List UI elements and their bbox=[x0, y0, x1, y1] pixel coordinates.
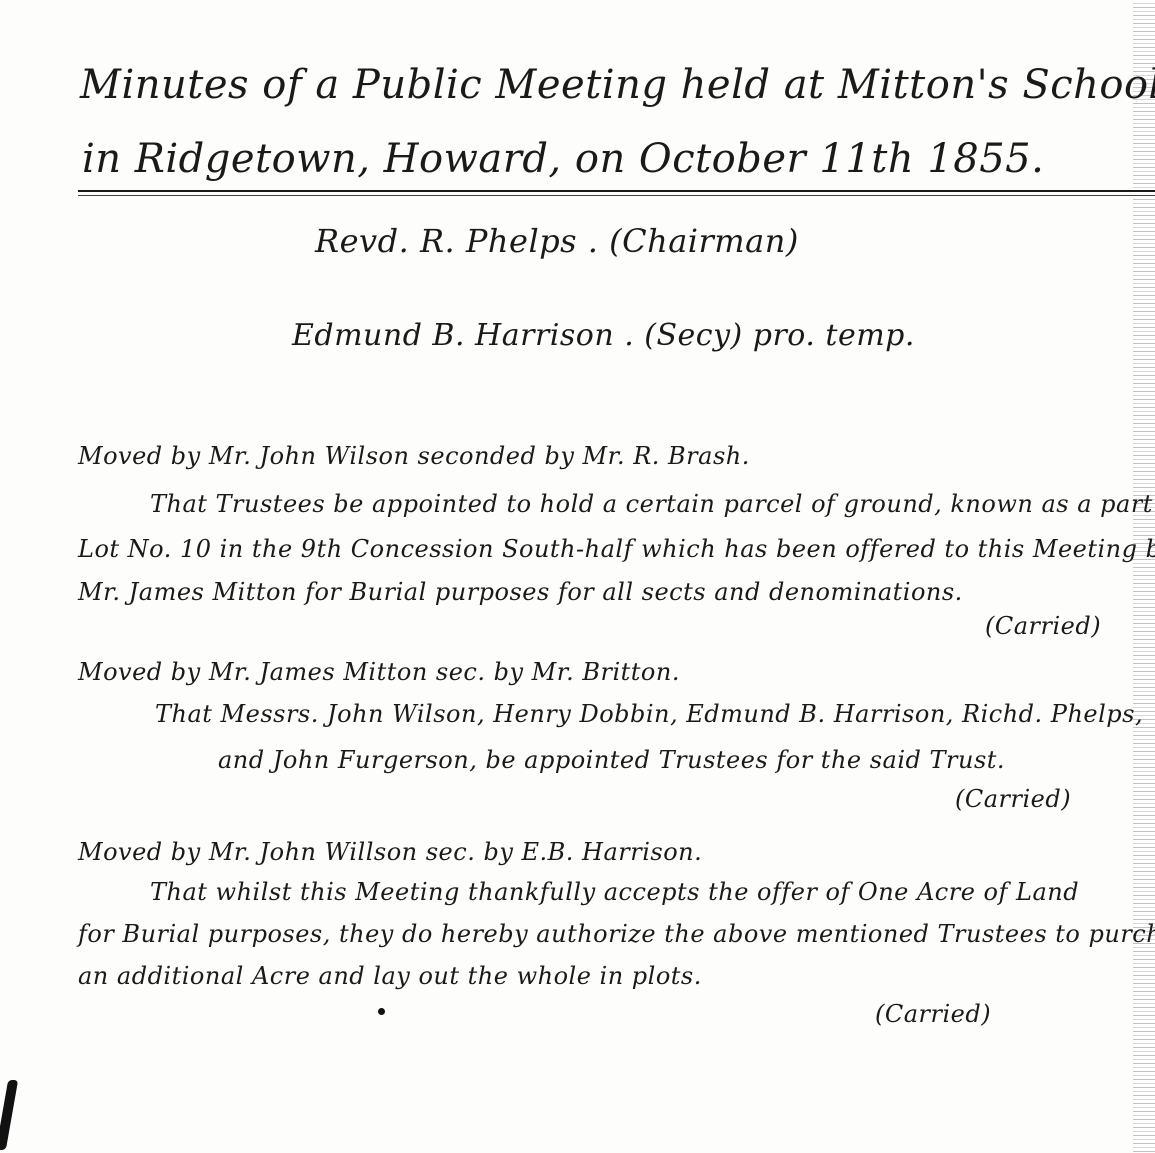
motion-3-result: (Carried) bbox=[875, 1000, 991, 1028]
title-underline-thin bbox=[78, 195, 1155, 196]
motion-3-line-1: That whilst this Meeting thankfully acce… bbox=[150, 878, 1079, 906]
binding-mark bbox=[0, 1080, 18, 1150]
manuscript-page: Minutes of a Public Meeting held at Mitt… bbox=[0, 0, 1155, 1153]
motion-3-line-2: for Burial purposes, they do hereby auth… bbox=[78, 920, 1155, 948]
motion-2-mover: Moved by Mr. James Mitton sec. by Mr. Br… bbox=[78, 658, 680, 686]
motion-1-mover: Moved by Mr. John Wilson seconded by Mr.… bbox=[78, 442, 750, 470]
motion-2-line-1: That Messrs. John Wilson, Henry Dobbin, … bbox=[155, 700, 1143, 728]
ink-blot bbox=[378, 1008, 385, 1015]
scanned-page-edge bbox=[1133, 0, 1155, 1153]
secretary-line: Edmund B. Harrison . (Secy) pro. temp. bbox=[292, 318, 915, 353]
title-line-2: in Ridgetown, Howard, on October 11th 18… bbox=[82, 136, 1044, 182]
motion-1-result: (Carried) bbox=[985, 612, 1101, 640]
motion-1-line-3: Mr. James Mitton for Burial purposes for… bbox=[78, 578, 963, 606]
title-underline bbox=[78, 190, 1155, 192]
motion-2-line-2: and John Furgerson, be appointed Trustee… bbox=[218, 746, 1005, 774]
motion-3-mover: Moved by Mr. John Willson sec. by E.B. H… bbox=[78, 838, 702, 866]
motion-1-line-1: That Trustees be appointed to hold a cer… bbox=[150, 490, 1155, 518]
motion-1-line-2: Lot No. 10 in the 9th Concession South-h… bbox=[78, 535, 1155, 563]
motion-2-result: (Carried) bbox=[955, 785, 1071, 813]
chairman-line: Revd. R. Phelps . (Chairman) bbox=[315, 222, 799, 260]
motion-3-line-3: an additional Acre and lay out the whole… bbox=[78, 962, 702, 990]
title-line-1: Minutes of a Public Meeting held at Mitt… bbox=[80, 62, 1155, 108]
